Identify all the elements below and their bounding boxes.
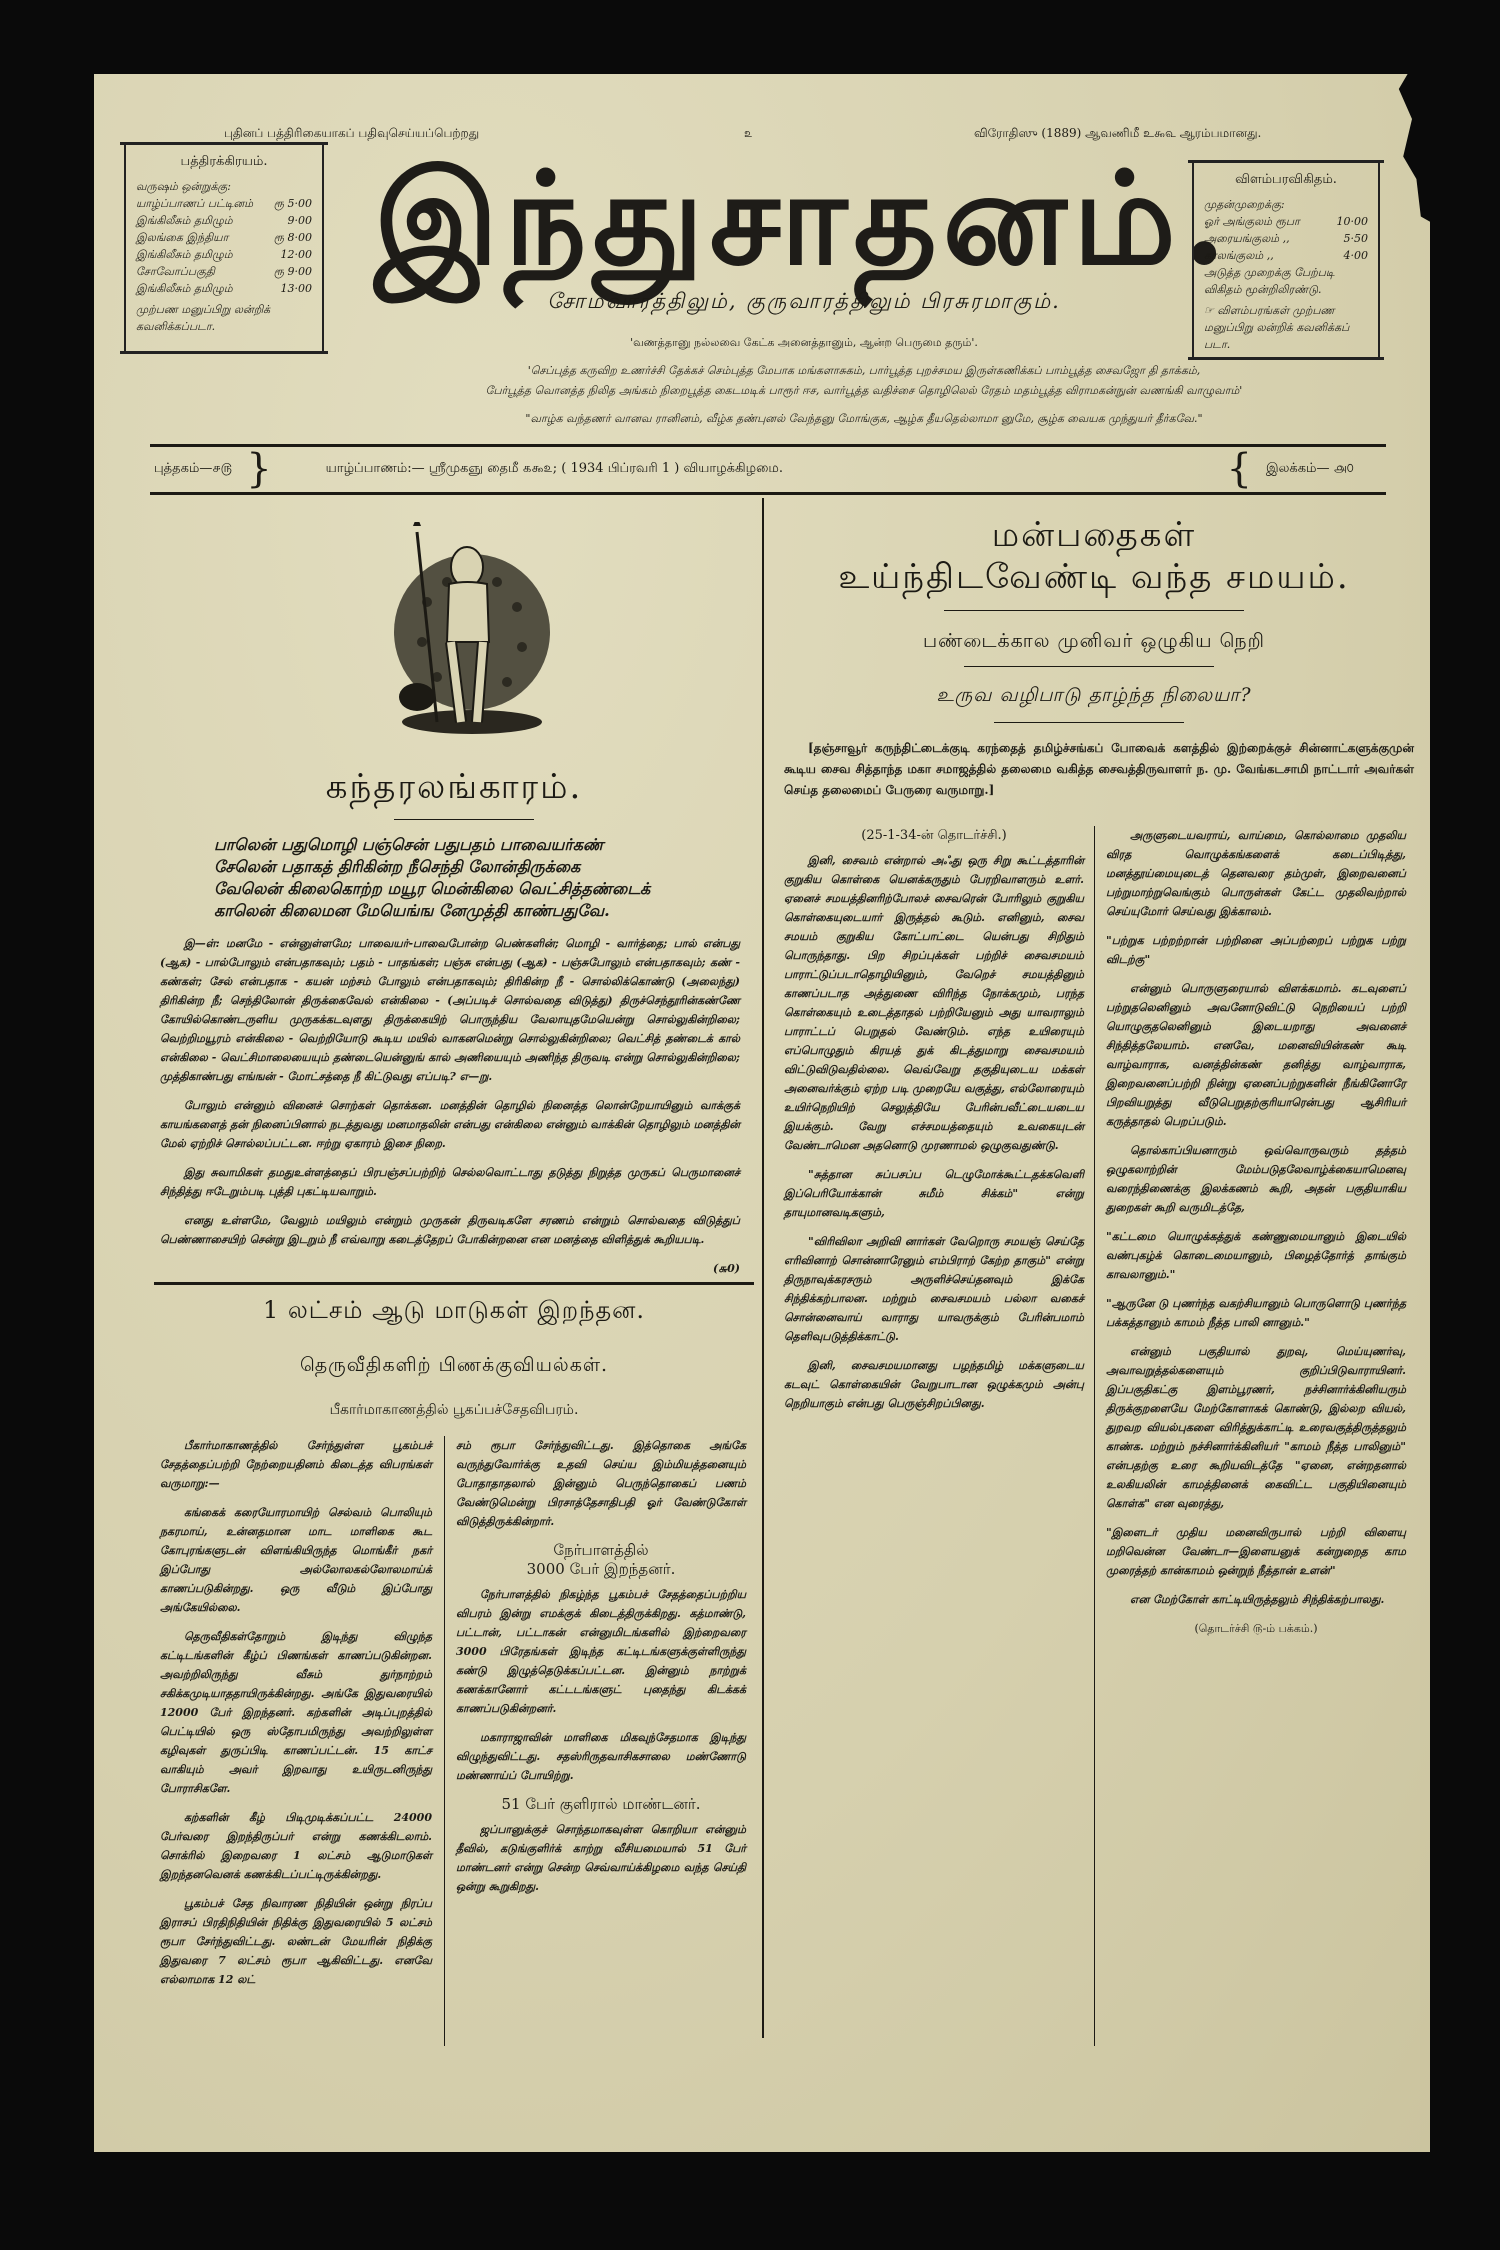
column-divider xyxy=(444,1436,445,2046)
saiva-headline-line-2: உய்ந்திடவேண்டி வந்த சமயம். xyxy=(774,556,1414,598)
bihar-kicker: பீகார்மாகாணத்தில் பூகப்பச்சேதவிபரம். xyxy=(154,1402,754,1420)
subscription-heading: வருஷம் ஒன்றுக்கு: xyxy=(136,178,312,195)
torn-corner xyxy=(1390,74,1434,224)
column-divider xyxy=(1094,826,1095,2046)
kandar-commentary: இ—ள்: மனமே - என்னுள்ளமே; பாவையர்-பாவைபோன… xyxy=(160,934,740,1278)
livestock-headline: 1 லட்சம் ஆடு மாடுகள் இறந்தன. xyxy=(154,1296,754,1327)
section-rule xyxy=(154,1282,754,1285)
murugan-illustration xyxy=(377,522,557,742)
kandar-alangaram-title: கந்தரலங்காரம். xyxy=(174,766,734,808)
saiva-column-1: (25-1-34-ன் தொடர்ச்சி.) இனி, சைவம் என்றா… xyxy=(784,826,1084,1423)
publication-schedule: சோமவாரத்திலும், குருவாரத்திலும் பிரசுரமா… xyxy=(424,289,1184,316)
brace-right: } xyxy=(246,454,271,484)
nepal-heading: நேர்பாளத்தில் xyxy=(456,1541,746,1560)
nepal-deaths-heading: 3000 பேர் இறந்தனர். xyxy=(456,1560,746,1579)
invocation-verse-2: பேர்பூத்த வொனத்த நிலித அங்கம் நிறைபூத்த … xyxy=(294,384,1434,399)
subhead-rule xyxy=(994,722,1184,723)
bihar-column-1: பீகார்மாகாணத்தில் சேர்ந்துள்ள பூகம்பச் ச… xyxy=(160,1436,432,1999)
invocation-verse-1: 'செப்புத்த கருவிற உணர்ச்சி தேக்கச் செம்ப… xyxy=(294,364,1434,379)
column-divider xyxy=(762,498,764,2038)
issue-number: இலக்கம்— ௮௦ xyxy=(1266,461,1354,477)
advert-row: அரையங்குலம் ,,5·50 xyxy=(1204,230,1368,247)
kandar-poem: பாலென் பதுமொழி பஞ்சென் பதுபதம் பாவையர்கண… xyxy=(214,834,734,922)
bihar-column-2: சம் ரூபா சேர்ந்துவிட்டது. இத்தொகை அங்கே … xyxy=(456,1436,746,1906)
subscription-row: சோவோப்பகுதிரூ 9·00 xyxy=(136,263,312,280)
founded-note: விரோதிஸு (1889) ஆவணிமீ உ௯௳ ஆரம்பமானது. xyxy=(974,126,1261,142)
subhead-rule xyxy=(964,666,1214,667)
continued-note: (தொடர்ச்சி ௫-ம் பக்கம்.) xyxy=(1106,1619,1406,1638)
saiva-headline-line-1: மன்பதைகள் xyxy=(774,514,1414,556)
advert-row: காலங்குலம் ,,4·00 xyxy=(1204,247,1368,264)
continued-from: (25-1-34-ன் தொடர்ச்சி.) xyxy=(784,826,1084,845)
motto: 'வணத்தானு நல்லவை கேட்க அனைத்தானும், ஆன்ற… xyxy=(424,336,1184,351)
saiva-subhead-1: பண்டைக்கால முனிவர் ஒழுகிய நெறி xyxy=(774,630,1414,655)
title-underline xyxy=(394,819,534,820)
subscription-row: யாழ்ப்பாணப் பட்டினம்ரூ 5·00 xyxy=(136,195,312,212)
advert-row: ஓர் அங்குலம் ரூபா10·00 xyxy=(1204,213,1368,230)
subscription-row: இங்கிலீசும் தமிழும்12·00 xyxy=(136,246,312,263)
headline-rule xyxy=(944,610,1244,611)
advert-title: விளம்பரவிகிதம். xyxy=(1204,172,1368,188)
dateline: புத்தகம்—௪௫ } யாழ்ப்பாணம்:— ஸ்ரீமுகஞு தை… xyxy=(154,454,1354,484)
advert-prepay-note: ☞ விளம்பரங்கள் முற்பண மனுப்பிறு லன்றிக் … xyxy=(1204,302,1368,353)
subscription-row: இலங்கை இந்தியாரூ 8·00 xyxy=(136,229,312,246)
advert-heading: முதன்முறைக்கு: xyxy=(1204,196,1368,213)
dateline-top-rule xyxy=(150,444,1386,447)
newspaper-page: புதினப் பத்திரிகையாகப் பதிவுசெய்யப்பெற்ற… xyxy=(94,74,1430,2152)
subscription-note: முற்பண மனுப்பிறு லன்றிக் கவனிக்கப்படா. xyxy=(136,301,312,335)
subscription-row: இங்கிலீசும் தமிழும்9·00 xyxy=(136,212,312,229)
page-number: ௨ xyxy=(744,126,753,142)
advert-note: அடுத்த முறைக்கு பேற்படி விகிதம் மூன்றிலி… xyxy=(1204,264,1368,298)
saiva-intro: [தஞ்சாவூர் கருந்திட்டைக்குடி கரந்தைத் தம… xyxy=(784,738,1414,811)
place-and-date: யாழ்ப்பாணம்:— ஸ்ரீமுகஞு தைமீ ௧௯௨; ( 1934… xyxy=(326,461,1213,477)
subscription-box: பத்திரக்கிரயம். வருஷம் ஒன்றுக்கு: யாழ்ப்… xyxy=(124,144,324,352)
cold-deaths-heading: 51 பேர் குளிரால் மாண்டனர். xyxy=(456,1795,746,1814)
dateline-bottom-rule xyxy=(150,492,1386,495)
volume-number: புத்தகம்—௪௫ xyxy=(154,461,232,477)
brace-left: { xyxy=(1227,454,1252,484)
saiva-subhead-2: உருவ வழிபாடு தாழ்ந்த நிலையா? xyxy=(774,684,1414,709)
newspaper-title: இந்துசாதனம். xyxy=(374,144,1194,294)
advertisement-rates-box: விளம்பரவிகிதம். முதன்முறைக்கு: ஓர் அங்கு… xyxy=(1192,162,1380,358)
registration-note: புதினப் பத்திரிகையாகப் பதிவுசெய்யப்பெற்ற… xyxy=(224,126,479,142)
saiva-column-2: அருளுடையவராய், வாய்மை, கொல்லாமை முதலிய வ… xyxy=(1106,826,1406,1638)
subscription-row: இங்கிலீசும் தமிழும்13·00 xyxy=(136,280,312,297)
invocation-verse-3: "வாழ்க வந்தணர் வானவ ரானினம், வீழ்க தண்பு… xyxy=(294,412,1434,427)
streets-subhead: தெருவீதிகளிற் பிணக்குவியல்கள். xyxy=(154,1354,754,1379)
subscription-title: பத்திரக்கிரயம். xyxy=(136,154,312,170)
verse-number: (௬0) xyxy=(160,1259,740,1278)
